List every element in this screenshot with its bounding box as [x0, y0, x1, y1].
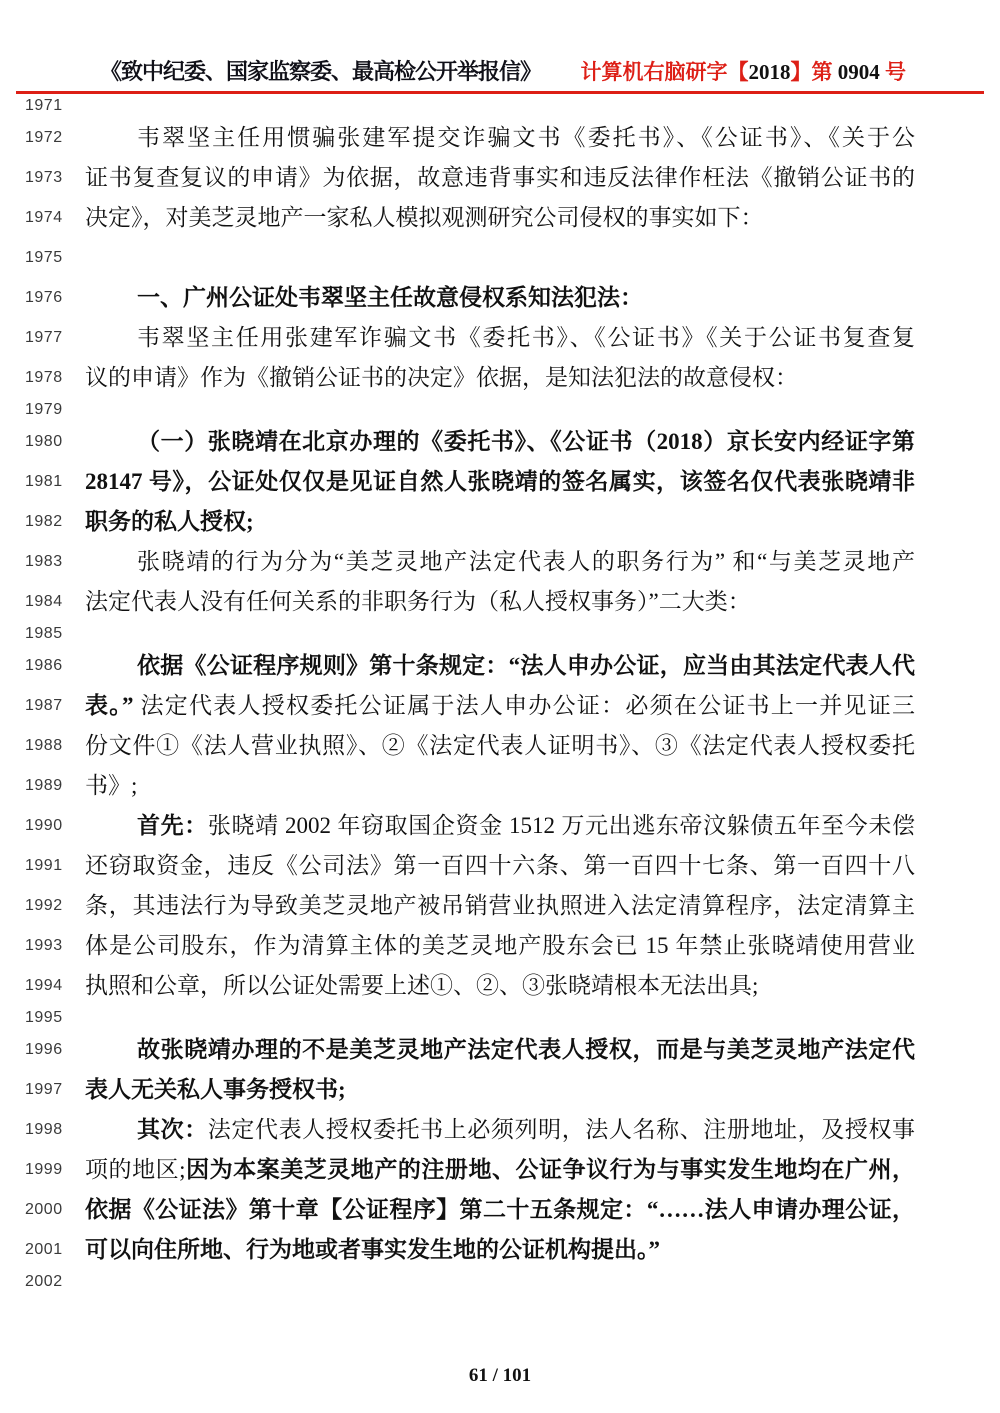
line-number: 2001 — [25, 1241, 63, 1259]
line-text: 其次：法定代表人授权委托书上必须列明，法人名称、注册地址，及授权事 — [85, 1110, 915, 1150]
bold-text-segment: 职务的私人授权; — [85, 509, 254, 534]
line-text: 份文件①《法人营业执照》、②《法定代表人证明书》、③《法定代表人授权委托 — [85, 726, 915, 766]
page-number-indicator: 61 / 101 — [0, 1365, 1000, 1387]
bold-text-segment: 首先： — [137, 813, 208, 838]
bold-text-segment: 依据《公证法》第十章【公证程序】第二十五条规定：“……法人申请办理公证， — [85, 1197, 915, 1222]
document-line: 1991还窃取资金，违反《公司法》第一百四十六条、第一百四十七条、第一百四十八 — [0, 846, 1000, 886]
document-line: 1984法定代表人没有任何关系的非职务行为（私人授权事务）”二大类： — [0, 582, 1000, 622]
document-line: 1996故张晓靖办理的不是美芝灵地产法定代表人授权，而是与美芝灵地产法定代 — [0, 1030, 1000, 1070]
text-segment: 韦翠坚主任用惯骗张建军提交诈骗文书《委托书》、《公证书》、《关于公 — [137, 125, 915, 150]
bold-text-segment: 故张晓靖办理的不是美芝灵地产法定代表人授权，而是与美芝灵地产法定代 — [137, 1037, 915, 1062]
line-text: 依据《公证法》第十章【公证程序】第二十五条规定：“……法人申请办理公证， — [85, 1190, 915, 1230]
line-text: 执照和公章，所以公证处需要上述①、②、③张晓靖根本无法出具; — [85, 966, 915, 1006]
bold-text-segment: 表人无关私人事务授权书; — [85, 1077, 346, 1102]
line-number: 1973 — [25, 169, 63, 187]
document-blank-line: 1979 — [0, 398, 1000, 422]
line-number: 1972 — [25, 129, 63, 147]
line-number: 1971 — [25, 97, 63, 115]
line-number: 1996 — [25, 1041, 63, 1059]
line-number: 1985 — [25, 625, 63, 643]
line-text: 体是公司股东，作为清算主体的美芝灵地产股东会已 15 年禁止张晓靖使用营业 — [85, 926, 915, 966]
document-line: 1992条，其违法行为导致美芝灵地产被吊销营业执照进入法定清算程序，法定清算主 — [0, 886, 1000, 926]
line-text: 故张晓靖办理的不是美芝灵地产法定代表人授权，而是与美芝灵地产法定代 — [85, 1030, 915, 1070]
document-line: 1972韦翠坚主任用惯骗张建军提交诈骗文书《委托书》、《公证书》、《关于公 — [0, 118, 1000, 158]
document-blank-line: 1995 — [0, 1006, 1000, 1030]
line-number: 1982 — [25, 513, 63, 531]
document-line: 1999项的地区;因为本案美芝灵地产的注册地、公证争议行为与事实发生地均在广州， — [0, 1150, 1000, 1190]
text-segment: 还窃取资金，违反《公司法》第一百四十六条、第一百四十七条、第一百四十八 — [85, 853, 915, 878]
line-text: 一、广州公证处韦翠坚主任故意侵权系知法犯法： — [85, 278, 915, 318]
text-segment: 法定代表人授权委托书上必须列明，法人名称、注册地址，及授权事 — [208, 1117, 915, 1142]
line-number: 1988 — [25, 737, 63, 755]
bold-text-segment: 其次： — [137, 1117, 208, 1142]
text-segment: 法定代表人授权委托公证属于法人申办公证：必须在公证书上一并见证三 — [134, 693, 916, 718]
document-number: 计算机右脑研字【2018】第 0904 号 — [581, 56, 969, 86]
document-number-segment: 】第 — [791, 60, 838, 84]
line-number: 1998 — [25, 1121, 63, 1139]
text-segment: 韦翠坚主任用张建军诈骗文书《委托书》、《公证书》《关于公证书复查复 — [137, 325, 915, 350]
line-text: 议的申请》作为《撤销公证书的决定》依据，是知法犯法的故意侵权： — [85, 358, 915, 398]
line-number: 2002 — [25, 1273, 63, 1291]
line-number: 1980 — [25, 433, 63, 451]
line-number: 1999 — [25, 1161, 63, 1179]
line-number: 1992 — [25, 897, 63, 915]
line-number: 1995 — [25, 1009, 63, 1027]
document-line: 1982职务的私人授权; — [0, 502, 1000, 542]
text-segment: 证书复查复议的申请》为依据，故意违背事实和违反法律作枉法《撤销公证书的 — [85, 165, 915, 190]
line-text: 项的地区;因为本案美芝灵地产的注册地、公证争议行为与事实发生地均在广州， — [85, 1150, 915, 1190]
line-text: 条，其违法行为导致美芝灵地产被吊销营业执照进入法定清算程序，法定清算主 — [85, 886, 915, 926]
document-line: 1990首先：张晓靖 2002 年窃取国企资金 1512 万元出逃东帝汶躲债五年… — [0, 806, 1000, 846]
line-text: 表。” 法定代表人授权委托公证属于法人申办公证：必须在公证书上一并见证三 — [85, 686, 915, 726]
document-body: 19711972韦翠坚主任用惯骗张建军提交诈骗文书《委托书》、《公证书》、《关于… — [0, 94, 1000, 1294]
line-number: 1993 — [25, 937, 63, 955]
document-line: 1989书》; — [0, 766, 1000, 806]
document-line: 1983张晓靖的行为分为“美芝灵地产法定代表人的职务行为” 和“与美芝灵地产 — [0, 542, 1000, 582]
line-text: 张晓靖的行为分为“美芝灵地产法定代表人的职务行为” 和“与美芝灵地产 — [85, 542, 915, 582]
document-line: 2001可以向住所地、行为地或者事实发生地的公证机构提出。” — [0, 1230, 1000, 1270]
line-text: 韦翠坚主任用惯骗张建军提交诈骗文书《委托书》、《公证书》、《关于公 — [85, 118, 915, 158]
document-line: 1977韦翠坚主任用张建军诈骗文书《委托书》、《公证书》《关于公证书复查复 — [0, 318, 1000, 358]
line-number: 1975 — [25, 249, 63, 267]
line-number: 1981 — [25, 473, 63, 491]
document-line: 1986依据《公证程序规则》第十条规定：“法人申办公证，应当由其法定代表人代 — [0, 646, 1000, 686]
bold-text-segment: 一、广州公证处韦翠坚主任故意侵权系知法犯法： — [137, 285, 643, 310]
page-header: 《致中纪委、国家监察委、最高检公开举报信》 计算机右脑研字【2018】第 090… — [16, 55, 984, 94]
document-line: 2000依据《公证法》第十章【公证程序】第二十五条规定：“……法人申请办理公证， — [0, 1190, 1000, 1230]
document-line: 1998其次：法定代表人授权委托书上必须列明，法人名称、注册地址，及授权事 — [0, 1110, 1000, 1150]
line-text: 首先：张晓靖 2002 年窃取国企资金 1512 万元出逃东帝汶躲债五年至今未偿 — [85, 806, 915, 846]
text-segment: 份文件①《法人营业执照》、②《法定代表人证明书》、③《法定代表人授权委托 — [85, 733, 915, 758]
document-line: 1976一、广州公证处韦翠坚主任故意侵权系知法犯法： — [0, 278, 1000, 318]
document-blank-line: 1985 — [0, 622, 1000, 646]
text-segment: 议的申请》作为《撤销公证书的决定》依据，是知法犯法的故意侵权： — [85, 365, 798, 390]
document-line: 1988份文件①《法人营业执照》、②《法定代表人证明书》、③《法定代表人授权委托 — [0, 726, 1000, 766]
document-line: 1993体是公司股东，作为清算主体的美芝灵地产股东会已 15 年禁止张晓靖使用营… — [0, 926, 1000, 966]
line-number: 1974 — [25, 209, 63, 227]
line-number: 1984 — [25, 593, 63, 611]
document-line: 1994执照和公章，所以公证处需要上述①、②、③张晓靖根本无法出具; — [0, 966, 1000, 1006]
document-number-segment: 0904 — [838, 60, 880, 84]
text-segment: 执照和公章，所以公证处需要上述①、②、③张晓靖根本无法出具; — [85, 973, 758, 998]
line-text: 证书复查复议的申请》为依据，故意违背事实和违反法律作枉法《撤销公证书的 — [85, 158, 915, 198]
line-text: 还窃取资金，违反《公司法》第一百四十六条、第一百四十七条、第一百四十八 — [85, 846, 915, 886]
text-segment: 项的地区; — [85, 1157, 186, 1182]
bold-text-segment: 可以向住所地、行为地或者事实发生地的公证机构提出。” — [85, 1237, 660, 1262]
document-number-segment: 号 — [880, 60, 906, 84]
bold-text-segment: 28147 号》，公证处仅仅是见证自然人张晓靖的签名属实，该签名仅代表张晓靖非 — [85, 469, 915, 494]
line-number: 1976 — [25, 289, 63, 307]
bold-text-segment: 因为本案美芝灵地产的注册地、公证争议行为与事实发生地均在广州， — [186, 1157, 915, 1182]
bold-text-segment: 依据《公证程序规则》第十条规定：“法人申办公证，应当由其法定代表人代 — [137, 653, 915, 678]
line-text: 法定代表人没有任何关系的非职务行为（私人授权事务）”二大类： — [85, 582, 915, 622]
bold-text-segment: （一）张晓靖在北京办理的《委托书》、《公证书（2018）京长安内经证字第 — [137, 429, 915, 454]
line-number: 1978 — [25, 369, 63, 387]
line-number: 1987 — [25, 697, 63, 715]
text-segment: 决定》，对美芝灵地产一家私人模拟观测研究公司侵权的事实如下： — [85, 205, 764, 230]
document-page: 《致中纪委、国家监察委、最高检公开举报信》 计算机右脑研字【2018】第 090… — [0, 0, 1000, 1413]
text-segment: 体是公司股东，作为清算主体的美芝灵地产股东会已 15 年禁止张晓靖使用营业 — [85, 933, 915, 958]
line-number: 1997 — [25, 1081, 63, 1099]
document-number-segment: 计算机右脑研字【 — [581, 60, 749, 84]
line-text: 表人无关私人事务授权书; — [85, 1070, 915, 1110]
text-segment: 法定代表人没有任何关系的非职务行为（私人授权事务）”二大类： — [85, 589, 751, 614]
document-line: 1978议的申请》作为《撤销公证书的决定》依据，是知法犯法的故意侵权： — [0, 358, 1000, 398]
line-number: 1989 — [25, 777, 63, 795]
line-text: 28147 号》，公证处仅仅是见证自然人张晓靖的签名属实，该签名仅代表张晓靖非 — [85, 462, 915, 502]
line-text: 职务的私人授权; — [85, 502, 915, 542]
line-text: 可以向住所地、行为地或者事实发生地的公证机构提出。” — [85, 1230, 915, 1270]
line-number: 1991 — [25, 857, 63, 875]
document-line: 1997表人无关私人事务授权书; — [0, 1070, 1000, 1110]
text-segment: 书》; — [85, 773, 137, 798]
document-blank-line: 2002 — [0, 1270, 1000, 1294]
line-text: 依据《公证程序规则》第十条规定：“法人申办公证，应当由其法定代表人代 — [85, 646, 915, 686]
line-text: 韦翠坚主任用张建军诈骗文书《委托书》、《公证书》《关于公证书复查复 — [85, 318, 915, 358]
line-number: 1977 — [25, 329, 63, 347]
line-number: 1994 — [25, 977, 63, 995]
line-number: 1983 — [25, 553, 63, 571]
document-blank-line: 1975 — [0, 238, 1000, 278]
text-segment: 条，其违法行为导致美芝灵地产被吊销营业执照进入法定清算程序，法定清算主 — [85, 893, 915, 918]
document-line: 1980（一）张晓靖在北京办理的《委托书》、《公证书（2018）京长安内经证字第 — [0, 422, 1000, 462]
document-line: 1973证书复查复议的申请》为依据，故意违背事实和违反法律作枉法《撤销公证书的 — [0, 158, 1000, 198]
document-number-segment: 2018 — [749, 60, 791, 84]
line-number: 2000 — [25, 1201, 63, 1219]
line-text: 书》; — [85, 766, 915, 806]
document-blank-line: 1971 — [0, 94, 1000, 118]
line-text: （一）张晓靖在北京办理的《委托书》、《公证书（2018）京长安内经证字第 — [85, 422, 915, 462]
text-segment: 张晓靖 2002 年窃取国企资金 1512 万元出逃东帝汶躲债五年至今未偿 — [208, 813, 915, 838]
line-number: 1990 — [25, 817, 63, 835]
line-number: 1986 — [25, 657, 63, 675]
document-line: 1987表。” 法定代表人授权委托公证属于法人申办公证：必须在公证书上一并见证三 — [0, 686, 1000, 726]
text-segment: 张晓靖的行为分为“美芝灵地产法定代表人的职务行为” 和“与美芝灵地产 — [137, 549, 915, 574]
document-line: 1974决定》，对美芝灵地产一家私人模拟观测研究公司侵权的事实如下： — [0, 198, 1000, 238]
bold-text-segment: 表。” — [85, 693, 134, 718]
line-text: 决定》，对美芝灵地产一家私人模拟观测研究公司侵权的事实如下： — [85, 198, 915, 238]
document-line: 198128147 号》，公证处仅仅是见证自然人张晓靖的签名属实，该签名仅代表张… — [0, 462, 1000, 502]
line-number: 1979 — [25, 401, 63, 419]
document-title: 《致中纪委、国家监察委、最高检公开举报信》 — [100, 55, 541, 86]
